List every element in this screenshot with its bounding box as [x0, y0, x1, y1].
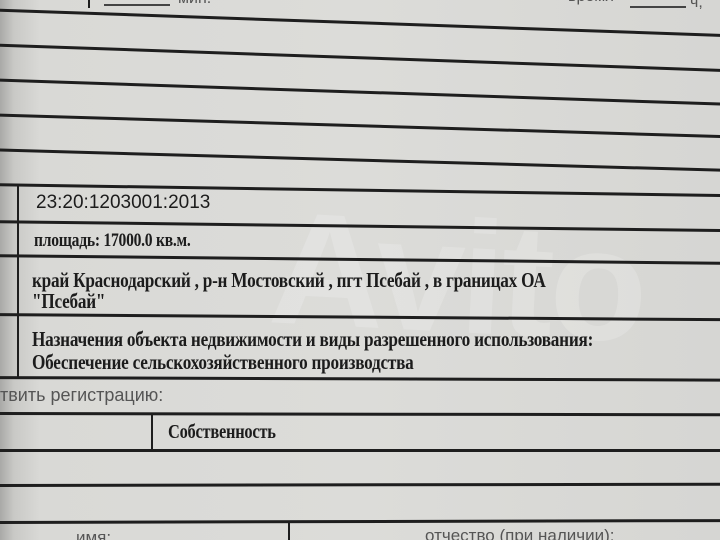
address-line-1: край Краснодарский , р-н Мостовский , пг…	[32, 268, 546, 293]
time-label: время	[568, 0, 614, 6]
table-left-border	[17, 184, 19, 378]
purpose-line-2: Обеспечение сельскохозяйственного произв…	[32, 350, 414, 375]
registration-table-bottom	[0, 449, 720, 452]
registration-divider	[151, 413, 153, 450]
purpose-line-1: Назначения объекта недвижимости и виды р…	[32, 327, 593, 352]
patronymic-label: отчество (при наличии):	[425, 526, 615, 540]
rule-3	[0, 78, 720, 107]
name-label: имя:	[76, 528, 111, 540]
right-type: Собственность	[168, 421, 276, 444]
minutes-blank	[104, 4, 170, 6]
rule-5	[0, 148, 720, 173]
area-value: площадь: 17000.0 кв.м.	[34, 230, 191, 252]
hours-label: ч,	[690, 0, 703, 12]
rule-7	[0, 519, 720, 524]
cadastral-number: 23:20:1203001:2013	[36, 192, 210, 214]
registration-label: твить регистрацию:	[0, 385, 163, 406]
header-divider	[88, 0, 90, 8]
rule-4	[0, 113, 720, 139]
name-divider	[288, 522, 290, 540]
minutes-label: мин.	[178, 0, 211, 8]
registration-table-top	[0, 412, 720, 416]
hours-blank	[630, 6, 686, 8]
rule-2	[0, 43, 720, 73]
address-line-2: "Псебай"	[32, 289, 105, 314]
rule-1	[0, 8, 720, 38]
rule-6	[0, 483, 720, 487]
form-page: Avito мин. время ч, 23:20:1203001:2013 п…	[0, 0, 720, 540]
